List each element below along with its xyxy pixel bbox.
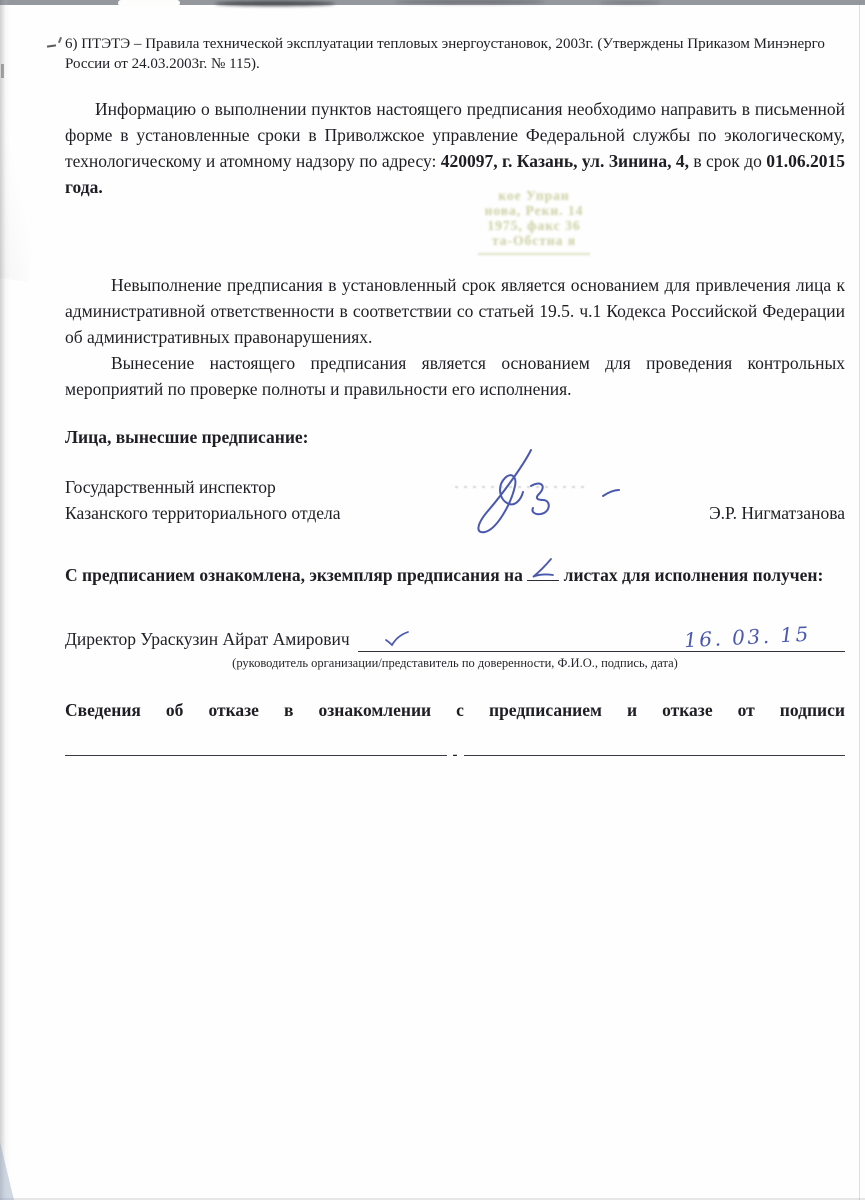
paragraph-submission-info: Информацию о выполнении пунктов настояще… <box>65 96 845 200</box>
refusal-underline-right <box>464 742 846 756</box>
scanned-document-page: кое Упран нова, Реки. 14 1975, факс 36 т… <box>0 0 865 1200</box>
refusal-paragraph: Сведения об отказе в ознакомлении с пред… <box>65 697 845 724</box>
refusal-blank-line: - <box>65 742 845 761</box>
director-signature-row: Директор Ураскузин Айрат Амирович 16. 03… <box>65 625 845 652</box>
corner-shadow <box>0 1142 14 1200</box>
document-body: 6) ПТЭТЭ – Правила технической эксплуата… <box>65 0 845 761</box>
director-name-label: Директор Ураскузин Айрат Амирович <box>65 626 350 652</box>
handwritten-sheet-count-icon <box>530 557 556 581</box>
checkmark-ink-icon <box>384 631 410 648</box>
signature-underline: 16. 03. 15 <box>358 625 845 652</box>
paper-fold-shadow <box>0 84 55 282</box>
paragraph-liability: Невыполнение предписания в установленный… <box>65 272 845 350</box>
refusal-dash: - <box>447 747 464 764</box>
handwritten-date: 16. 03. 15 <box>684 621 812 654</box>
footnote-ptete: 6) ПТЭТЭ – Правила технической эксплуата… <box>65 34 845 74</box>
acknowledgement-paragraph: С предписанием ознакомлена, экземпляр пр… <box>65 560 845 589</box>
pen-tick-mark <box>47 44 56 47</box>
edge-tick-mark <box>1 64 4 78</box>
sheet-count-blank <box>527 560 559 581</box>
issuers-heading: Лица, вынесшие предписание: <box>65 424 845 450</box>
refusal-underline-left <box>65 742 447 756</box>
pen-tick-mark <box>58 37 62 43</box>
acknowledgement-before-blank: С предписанием ознакомлена, экземпляр пр… <box>65 565 523 585</box>
scan-edge-right <box>859 4 860 1200</box>
signature-ink <box>453 448 633 543</box>
signature-line-caption: (руководитель организации/представитель … <box>65 655 845 671</box>
inspector-name: Э.Р. Нигматзанова <box>709 500 845 526</box>
acknowledgement-after-blank: листах для исполнения получен: <box>564 565 824 585</box>
paragraph-control-measures: Вынесение настоящего предписания являетс… <box>65 350 845 402</box>
issuer-row: Государственный инспектор Казанского тер… <box>65 474 845 526</box>
